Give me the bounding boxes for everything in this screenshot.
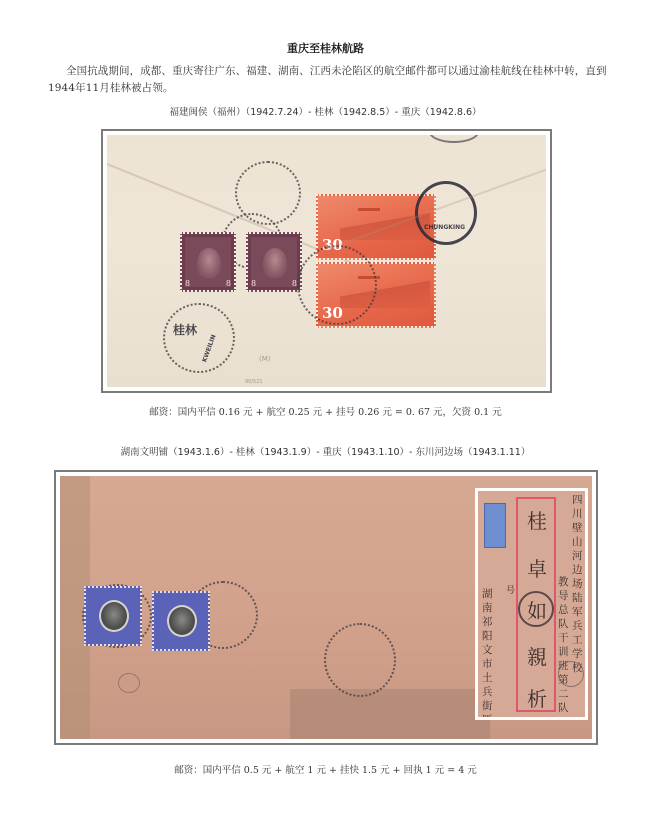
portrait-icon — [197, 248, 221, 278]
portrait-icon — [99, 600, 129, 632]
cover2-stamp-blue-1 — [84, 586, 142, 646]
cover2-postage-note: 邮资：国内平信 0.5 元 + 航空 1 元 + 挂快 1.5 元 + 回执 1… — [0, 762, 651, 776]
cover1-postmark-kweilin: 桂林 KWEILIN — [163, 303, 235, 373]
cover1-image-frame: 8 8 8 8 30 30 CHUNGKING 桂林 KWEILIN (M) — [101, 129, 552, 393]
address-right-column-2: 教导总队干训班第二队 — [558, 575, 570, 715]
inset-postmark — [518, 591, 554, 627]
addressee-char: 析 — [520, 683, 554, 712]
cover2-route-caption: 湖南文明铺（1943.1.6）- 桂林（1943.1.9）- 重庆（1943.1… — [0, 444, 651, 458]
addressee-char: 桂 — [520, 505, 554, 534]
cover1-envelope: 8 8 8 8 30 30 CHUNGKING 桂林 KWEILIN (M) — [107, 135, 546, 387]
cover1-postage-note: 邮资：国内平信 0.16 元 + 航空 0.25 元 + 挂号 0.26 元 =… — [0, 404, 651, 418]
page-title: 重庆至桂林航路 — [0, 40, 651, 56]
sender-left-column: 湖南祁阳文市土兵街匯源生茂庄 — [482, 587, 494, 720]
stamp-value: 8 — [226, 279, 231, 288]
pencil-note: 90/521 — [245, 379, 263, 385]
cover2-envelope: 桂 卓 如 親 析 号 四川壁山河边场陆军兵工学校 教导总队干训班第二队 湖南祁… — [60, 476, 592, 739]
stain-shade — [290, 689, 490, 739]
stamp-value: 8 — [251, 279, 256, 288]
cover2-faint-mark — [118, 673, 140, 693]
postmark-latin: KWEILIN — [201, 334, 217, 363]
cover2-postmark-center — [324, 623, 396, 697]
address-right-column: 四川壁山河边场陆军兵工学校 — [572, 493, 584, 675]
portrait-icon — [263, 248, 287, 278]
cover1-route-caption: 福建闽侯（福州）（1942.7.24）- 桂林（1942.8.5）- 重庆（19… — [0, 104, 651, 118]
portrait-icon — [167, 605, 197, 637]
stamp-value: 8 — [185, 279, 190, 288]
cover1-stamp-purple-2: 8 8 — [246, 232, 302, 292]
postmark-text: CHUNGKING — [424, 224, 465, 231]
addressee-char: 卓 — [520, 553, 554, 582]
cover1-postmark-corner — [429, 135, 479, 143]
cover2-image-frame: 桂 卓 如 親 析 号 四川壁山河边场陆军兵工学校 教导总队干训班第二队 湖南祁… — [54, 470, 598, 745]
cover1-stamp-purple-1: 8 8 — [180, 232, 236, 292]
postmark-text: 桂林 — [173, 321, 197, 338]
cover1-postmark-chungking: CHUNGKING — [415, 181, 477, 245]
intro-paragraph: 全国抗战期间，成都、重庆寄往广东、福建、湖南、江西未沦陷区的航空邮件都可以通过渝… — [48, 63, 608, 97]
pencil-note: (M) — [259, 355, 271, 363]
addressee-char: 親 — [520, 641, 554, 670]
cover2-stamp-blue-2 — [152, 591, 210, 651]
airmail-label — [484, 503, 506, 548]
cover1-postmark-over-stamps — [297, 245, 377, 325]
cover2-front-inset: 桂 卓 如 親 析 号 四川壁山河边场陆军兵工学校 教导总队干训班第二队 湖南祁… — [475, 488, 588, 720]
number-mark: 号 — [506, 583, 515, 596]
